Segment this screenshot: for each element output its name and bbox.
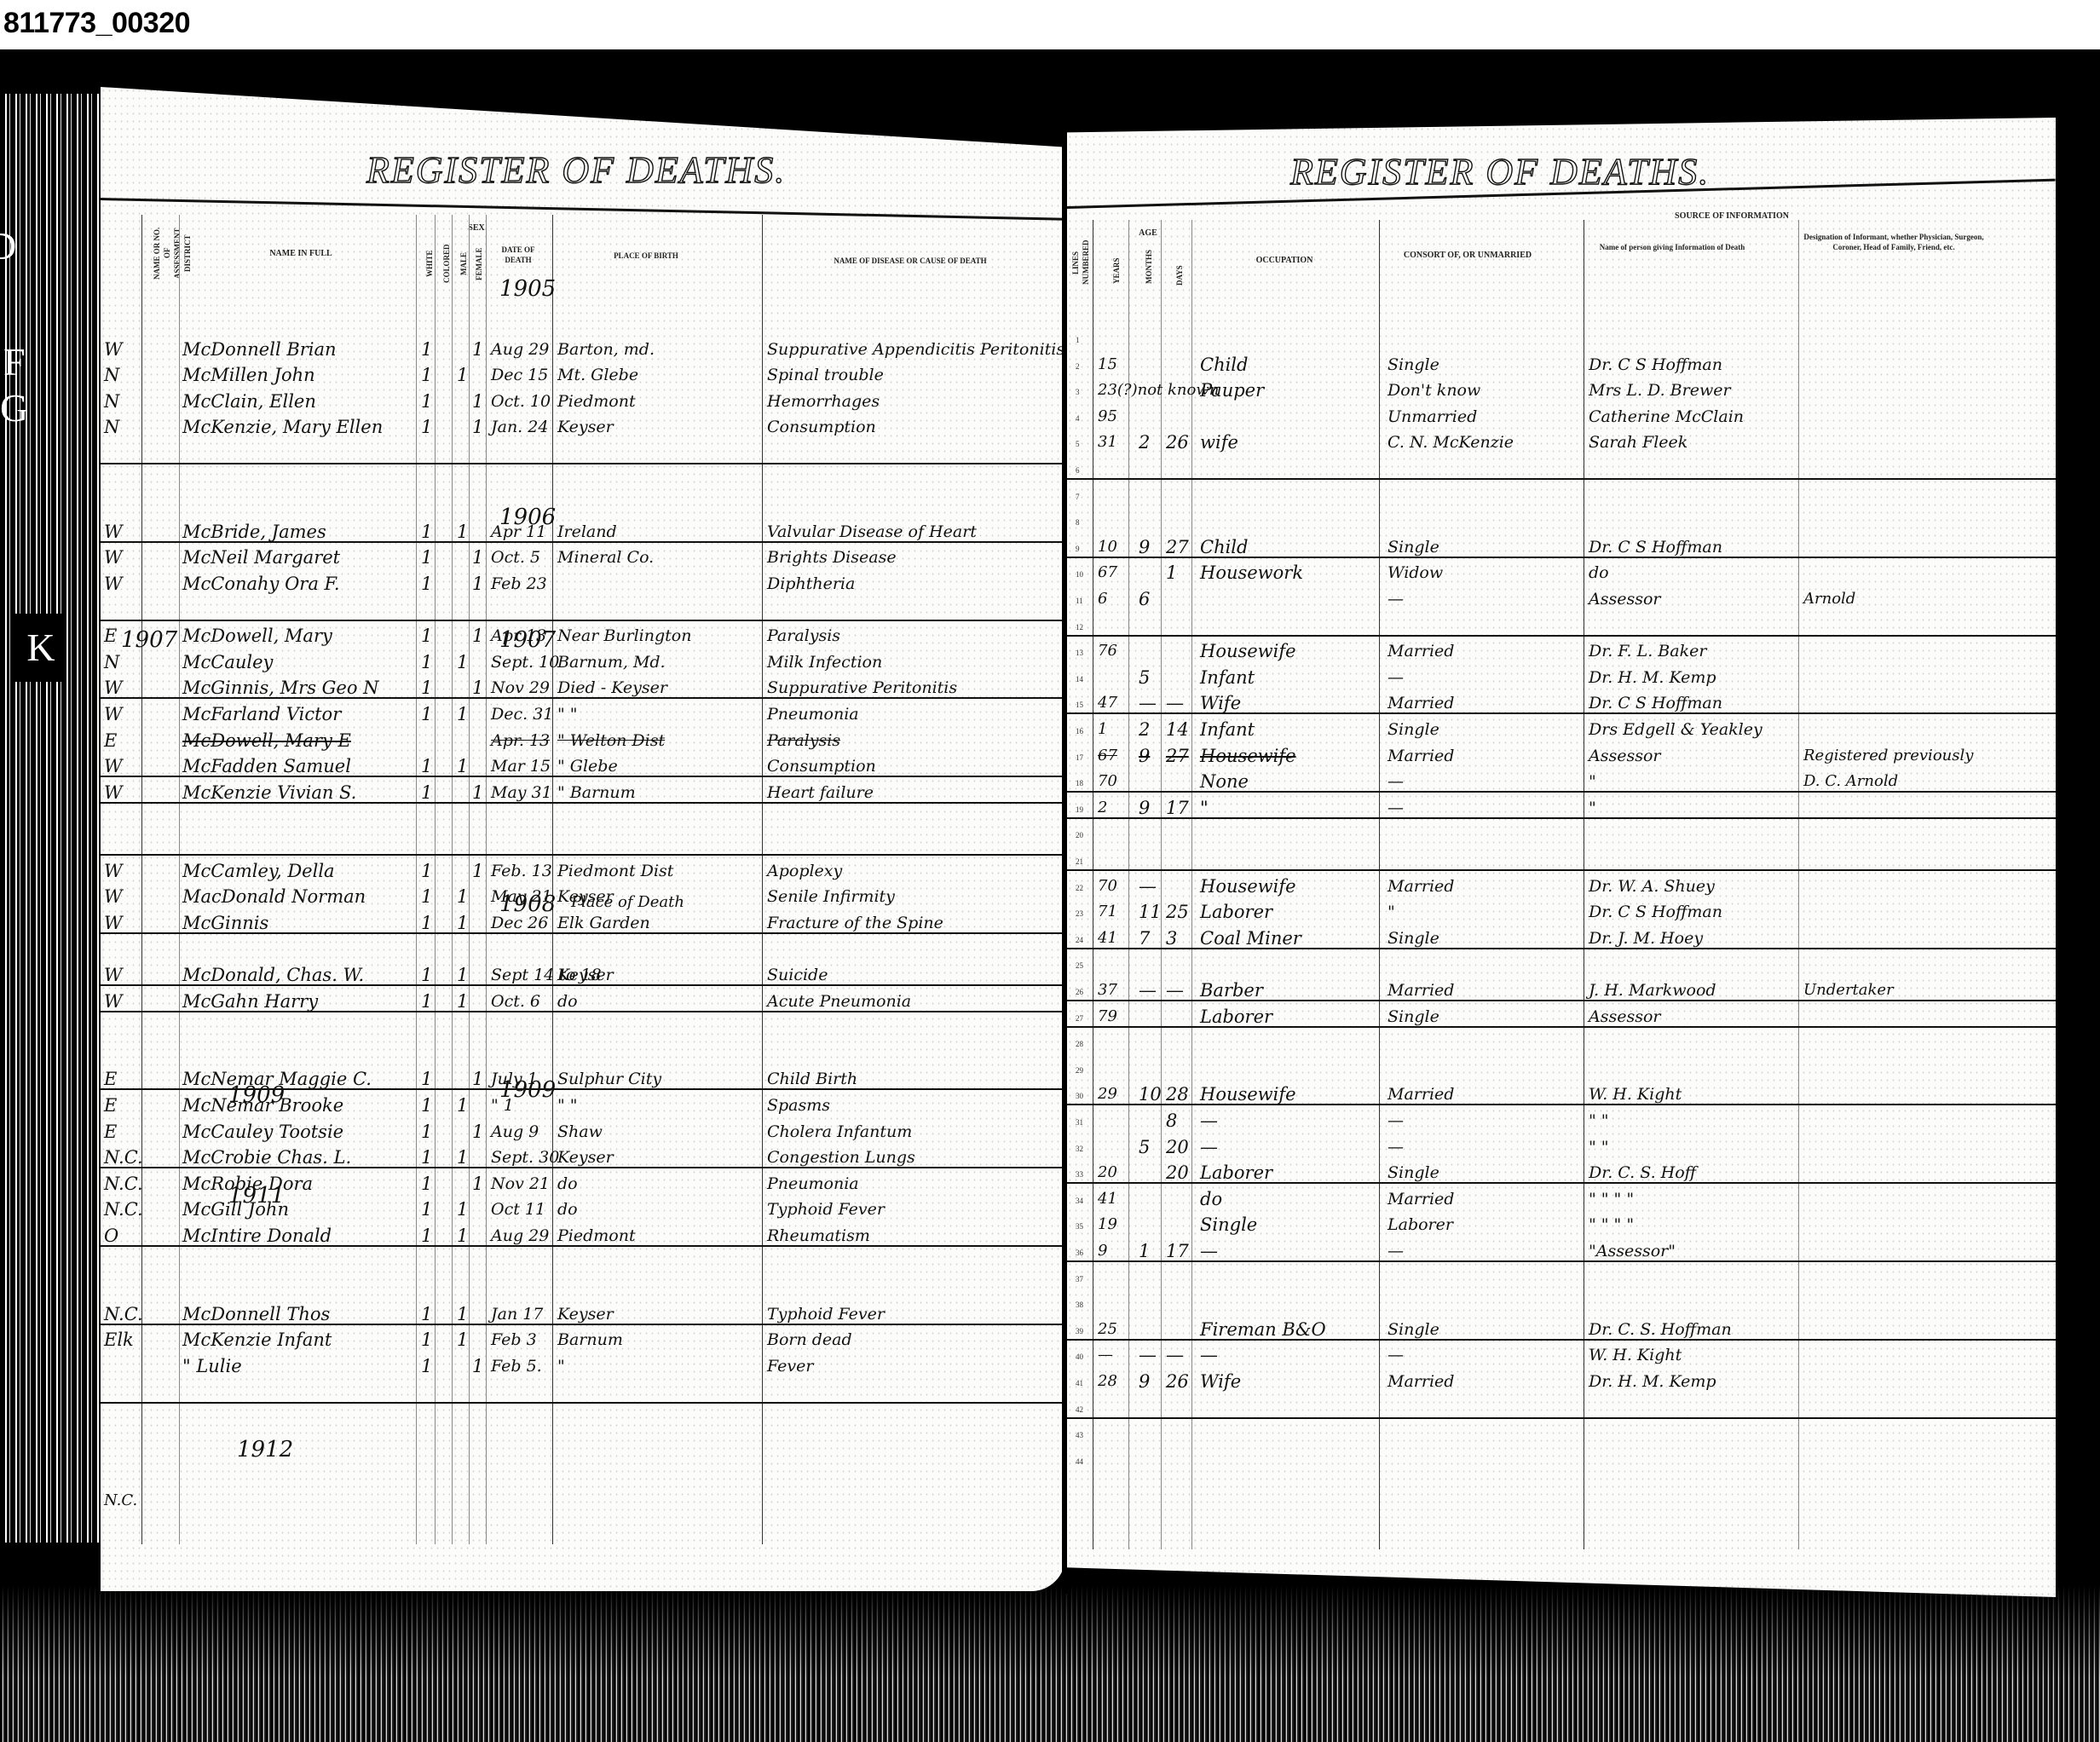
female-cell: 1 — [472, 623, 483, 649]
male-cell: 1 — [457, 884, 468, 909]
age-days-cell: 1 — [1166, 560, 1177, 585]
occupation-cell: Housewife — [1200, 874, 1296, 899]
register-entry-right[interactable]: 711125Laborer"Dr. C S Hoffman — [1067, 899, 2056, 925]
right-page: REGISTER OF DEATHS. LINES NUMBERED AGE Y… — [1067, 118, 2056, 1597]
white-cell: 1 — [421, 362, 432, 388]
register-entry-right[interactable]: 1214InfantSingleDrs Edgell & Yeakley — [1067, 717, 2056, 742]
register-entry-left[interactable]: NMcCauley11Sept. 10Barnum, Md.Milk Infec… — [101, 649, 1064, 675]
register-entry-right[interactable]: 70—HousewifeMarriedDr. W. A. Shuey — [1067, 874, 2056, 899]
line-number: 37 — [1076, 1275, 1083, 1283]
register-entry-right[interactable]: —————W. H. Kight — [1067, 1342, 2056, 1368]
female-cell: 1 — [472, 1353, 483, 1379]
date-cell: May 21 — [491, 884, 552, 909]
register-entry-left[interactable]: ElkMcKenzie Infant11Feb 3BarnumBorn dead — [101, 1327, 1064, 1353]
consort-cell: Married — [1387, 1369, 1454, 1394]
female-cell: 1 — [472, 571, 483, 597]
book-spine — [1062, 111, 1067, 1594]
section-rule — [101, 1245, 1065, 1247]
white-cell: 1 — [421, 545, 432, 570]
date-cell: Jan. 24 — [491, 414, 548, 440]
white-cell: 1 — [421, 649, 432, 675]
disease-cell: Cholera Infantum — [767, 1119, 912, 1145]
date-cell: Feb 23 — [491, 571, 547, 597]
line-number: 21 — [1076, 857, 1083, 866]
line-number: 20 — [1076, 831, 1083, 839]
section-rule — [101, 776, 1065, 777]
birthplace-cell: " " — [557, 1093, 578, 1118]
name-cell: MacDonald Norman — [182, 884, 366, 909]
date-cell: Oct. 5 — [491, 545, 540, 570]
disease-cell: Suppurative Appendicitis Peritonitis — [767, 337, 1064, 362]
left-page-title: REGISTER OF DEATHS. — [366, 148, 786, 192]
district-cell: N.C. — [104, 1171, 143, 1197]
name-cell: McRobie Dora — [182, 1171, 313, 1197]
register-entry-right[interactable]: 19SingleLaborer" " " " — [1067, 1212, 2056, 1237]
consort-cell: Married — [1387, 638, 1454, 664]
date-cell: Aug 29 — [491, 337, 549, 362]
disease-cell: Apoplexy — [767, 858, 842, 884]
year-marker-1912: 1912 — [237, 1437, 293, 1462]
section-rule — [1067, 712, 2056, 714]
age-months-cell: — — [1139, 1342, 1157, 1368]
disease-cell: Spinal trouble — [767, 362, 884, 388]
register-entry-left[interactable]: WMcCamley, Della11Feb. 13Piedmont DistAp… — [101, 858, 1064, 884]
section-rule — [101, 1167, 1065, 1168]
age-years-cell: 31 — [1098, 430, 1117, 455]
birthplace-cell: Mt. Glebe — [557, 362, 638, 388]
consort-cell: — — [1387, 1134, 1404, 1160]
register-entry-right[interactable]: 520——" " — [1067, 1134, 2056, 1160]
informant-cell: Dr. H. M. Kemp — [1589, 1369, 1716, 1394]
birthplace-cell: Piedmont Dist — [557, 858, 673, 884]
age-days-cell: — — [1166, 1342, 1184, 1368]
section-rule — [1067, 869, 2056, 871]
male-cell: 1 — [457, 362, 468, 388]
header-name: NAME IN FULL — [250, 249, 352, 259]
occupation-cell: — — [1200, 1342, 1218, 1368]
header-occupation: OCCUPATION — [1237, 256, 1331, 266]
line-number: 7 — [1076, 493, 1080, 501]
section-rule — [1067, 817, 2056, 819]
district-cell: Elk — [104, 1327, 134, 1353]
header-informant: Name of person giving Information of Dea… — [1587, 242, 1757, 252]
male-cell: 1 — [457, 649, 468, 675]
age-days-cell: 26 — [1166, 430, 1189, 455]
index-tab-k[interactable]: K — [15, 614, 66, 682]
register-entry-right[interactable]: 5Infant—Dr. H. M. Kemp — [1067, 665, 2056, 690]
name-cell: McGill John — [182, 1197, 289, 1222]
line-number: 44 — [1076, 1457, 1083, 1466]
date-cell: Aug 9 — [491, 1119, 539, 1145]
age-months-cell: 6 — [1139, 586, 1150, 612]
white-cell: 1 — [421, 623, 432, 649]
age-months-cell: — — [1139, 874, 1157, 899]
line-number: 42 — [1076, 1405, 1083, 1414]
date-cell: Feb 3 — [491, 1327, 537, 1353]
birthplace-cell: Barnum — [557, 1327, 623, 1353]
white-cell: 1 — [421, 571, 432, 597]
year-marker-1905: 1905 — [499, 276, 556, 302]
age-months-cell: 5 — [1139, 1134, 1150, 1160]
line-number: 28 — [1076, 1040, 1083, 1048]
occupation-cell: Laborer — [1200, 899, 1272, 925]
register-entry-right[interactable]: 41doMarried" " " " — [1067, 1186, 2056, 1212]
header-rule — [101, 198, 1065, 221]
district-cell: W — [104, 545, 123, 570]
register-entry-left[interactable]: EMcDowell, Mary11Apr 13Near BurlingtonPa… — [101, 623, 1064, 649]
occupation-cell: Housework — [1200, 560, 1303, 585]
date-cell: Sept. 10 — [491, 649, 559, 675]
birthplace-cell: do — [557, 1197, 578, 1222]
informant-cell: Dr. C S Hoffman — [1589, 899, 1722, 925]
line-number: 38 — [1076, 1301, 1083, 1309]
occupation-cell: Infant — [1200, 717, 1255, 742]
section-rule — [1067, 635, 2056, 637]
header-days: Days — [1174, 261, 1185, 290]
register-entry-left[interactable]: WMacDonald Norman11May 21KeyserSenile In… — [101, 884, 1064, 909]
name-cell: McConahy Ora F. — [182, 571, 340, 597]
disease-cell: Brights Disease — [767, 545, 897, 570]
age-days-cell: 25 — [1166, 899, 1189, 925]
birthplace-cell: Barnum, Md. — [557, 649, 666, 675]
left-page: REGISTER OF DEATHS. Name or No. of Asses… — [101, 87, 1065, 1591]
white-cell: 1 — [421, 337, 432, 362]
header-date: DATE OF DEATH — [493, 245, 544, 265]
occupation-cell: do — [1200, 1186, 1222, 1212]
age-years-cell: 6 — [1098, 586, 1107, 612]
register-entry-left[interactable]: WMcDonnell Brian11Aug 29Barton, md.Suppu… — [101, 337, 1064, 362]
register-entry-left[interactable]: NMcMillen John11Dec 15Mt. GlebeSpinal tr… — [101, 362, 1064, 388]
birthplace-cell: Piedmont — [557, 389, 636, 414]
consort-cell: Married — [1387, 1186, 1454, 1212]
female-cell: 1 — [472, 337, 483, 362]
register-entry-right[interactable]: 8——" " — [1067, 1108, 2056, 1133]
date-cell: Dec. 31 — [491, 701, 553, 727]
section-rule — [101, 541, 1065, 543]
section-rule — [101, 932, 1065, 934]
white-cell: 1 — [421, 1093, 432, 1118]
occupation-cell: Child — [1200, 352, 1248, 378]
name-cell: McDowell, Mary E — [182, 728, 351, 753]
white-cell: 1 — [421, 701, 432, 727]
section-rule — [101, 697, 1065, 699]
white-cell: 1 — [421, 884, 432, 909]
section-rule — [1067, 948, 2056, 949]
occupation-cell: Housewife — [1200, 638, 1296, 664]
register-entry-right[interactable]: 66—AssessorArnold — [1067, 586, 2056, 612]
section-rule — [1067, 1000, 2056, 1001]
informant-cell: Dr. W. A. Shuey — [1589, 874, 1715, 899]
informant-cell: Catherine McClain — [1589, 404, 1744, 430]
disease-cell: Paralysis — [767, 623, 840, 649]
header-consort: CONSORT OF, OR UNMARRIED — [1387, 251, 1549, 261]
name-cell: McDowell, Mary — [182, 623, 332, 649]
district-cell: E — [104, 1119, 117, 1145]
district-cell: W — [104, 337, 123, 362]
district-cell: N — [104, 649, 119, 675]
consort-cell: Widow — [1387, 560, 1443, 585]
informant-cell: do — [1589, 560, 1609, 585]
occupation-cell: wife — [1200, 430, 1238, 455]
name-cell: McClain, Ellen — [182, 389, 316, 414]
age-years-cell: 1 — [1098, 717, 1107, 742]
male-cell: 1 — [457, 701, 468, 727]
age-days-cell: 20 — [1166, 1134, 1189, 1160]
register-entry-left[interactable]: WMcFarland Victor11Dec. 31" "Pneumonia — [101, 701, 1064, 727]
register-entry-right[interactable]: 671HouseworkWidowdo — [1067, 560, 2056, 585]
district-cell: N — [104, 389, 119, 414]
header-colored: Colored — [441, 245, 452, 283]
section-rule — [101, 1011, 1065, 1012]
age-days-cell: 27 — [1166, 743, 1189, 769]
age-years-cell: 19 — [1098, 1212, 1117, 1237]
register-entry-right[interactable]: 95UnmarriedCatherine McClain — [1067, 404, 2056, 430]
date-cell: Feb. 13 — [491, 858, 552, 884]
register-entry-left[interactable]: " Lulie11Feb 5."Fever — [101, 1353, 1064, 1379]
occupation-cell: Pauper — [1200, 378, 1264, 403]
district-cell: E — [104, 728, 117, 753]
white-cell: 1 — [421, 1353, 432, 1379]
occupation-cell: Housewife — [1200, 743, 1296, 769]
district-cell: W — [104, 571, 123, 597]
line-number: 12 — [1076, 623, 1083, 632]
register-entry-right[interactable]: 31226wifeC. N. McKenzieSarah Fleek — [1067, 430, 2056, 455]
index-tab-g[interactable]: G — [0, 385, 28, 430]
birthplace-cell: Shaw — [557, 1119, 603, 1145]
section-rule — [1067, 478, 2056, 480]
white-cell: 1 — [421, 1327, 432, 1353]
disease-cell: Born dead — [767, 1327, 852, 1353]
consort-cell: C. N. McKenzie — [1387, 430, 1514, 455]
disease-cell: Pneumonia — [767, 1171, 859, 1197]
header-years: Years — [1111, 254, 1122, 288]
informant-cell: " " " " — [1589, 1186, 1634, 1212]
right-page-title: REGISTER OF DEATHS. — [1290, 150, 1710, 193]
section-rule — [1067, 1182, 2056, 1184]
female-cell: 1 — [472, 1171, 483, 1197]
consort-cell: — — [1387, 1342, 1404, 1368]
informant-cell: " " " " — [1589, 1212, 1634, 1237]
age-years-cell: 76 — [1098, 638, 1117, 664]
occupation-cell: Single — [1200, 1212, 1257, 1237]
section-rule — [101, 854, 1065, 856]
female-cell: 1 — [472, 389, 483, 414]
header-district: Name or No. of Assessment District — [152, 223, 179, 283]
district-cell: W — [104, 858, 123, 884]
age-years-cell: 67 — [1098, 743, 1117, 769]
index-tab-d[interactable]: D — [0, 223, 16, 268]
disease-cell: Senile Infirmity — [767, 884, 895, 909]
occupation-cell: — — [1200, 1108, 1218, 1133]
index-tab-f[interactable]: F — [3, 339, 26, 384]
line-number: 1 — [1076, 336, 1080, 344]
section-rule — [101, 1088, 1065, 1090]
name-cell: McNemar Brooke — [182, 1093, 343, 1118]
section-rule — [1067, 1104, 2056, 1105]
birthplace-cell: Near Burlington — [557, 623, 691, 649]
header-female: Female — [474, 245, 484, 283]
disease-cell: Consumption — [767, 414, 876, 440]
disease-cell: Fever — [767, 1353, 813, 1379]
section-rule — [101, 802, 1065, 804]
disease-cell: Pneumonia — [767, 701, 859, 727]
age-months-cell: 9 — [1139, 743, 1150, 769]
date-cell: Apr. 13 — [491, 728, 550, 753]
age-years-cell: 71 — [1098, 899, 1117, 925]
white-cell: 1 — [421, 858, 432, 884]
male-cell: 1 — [457, 1093, 468, 1118]
register-entry-right[interactable]: 23(?)not knownPauperDon't knowMrs L. D. … — [1067, 378, 2056, 403]
female-cell: 1 — [472, 858, 483, 884]
section-rule — [101, 984, 1065, 986]
date-cell: Apr 13 — [491, 623, 546, 649]
date-cell: Feb 5. — [491, 1353, 542, 1379]
section-rule — [101, 1324, 1065, 1325]
line-number: 25 — [1076, 961, 1083, 970]
age-years-cell: — — [1098, 1342, 1113, 1368]
section-rule — [1067, 1417, 2056, 1419]
section-rule — [101, 1402, 1065, 1404]
book-page-edges — [0, 94, 102, 1543]
line-number: 43 — [1076, 1431, 1083, 1439]
section-rule — [1067, 791, 2056, 793]
section-rule — [101, 463, 1065, 464]
section-rule — [1067, 557, 2056, 558]
name-cell: McKenzie, Mary Ellen — [182, 414, 383, 440]
informant-cell: Assessor — [1589, 586, 1661, 612]
date-cell: Dec 15 — [491, 362, 548, 388]
informant-cell: Dr. H. M. Kemp — [1589, 665, 1716, 690]
name-cell: McNeil Margaret — [182, 545, 340, 570]
birthplace-cell: Keyser — [557, 884, 614, 909]
age-days-cell: 14 — [1166, 717, 1189, 742]
register-entry-left[interactable]: N.C.McRobie Dora11Nov 21doPneumonia — [101, 1171, 1064, 1197]
disease-cell: Spasms — [767, 1093, 830, 1118]
date-cell: Oct 11 — [491, 1197, 545, 1222]
register-entry-left[interactable]: NMcKenzie, Mary Ellen11Jan. 24KeyserCons… — [101, 414, 1064, 440]
register-entry-left[interactable]: WMcConahy Ora F.11Feb 23Diphtheria — [101, 571, 1064, 597]
informant-cell: " " — [1589, 1108, 1609, 1133]
register-entry-left[interactable]: N.C.McGill John11Oct 11doTyphoid Fever — [101, 1197, 1064, 1222]
consort-cell: Married — [1387, 743, 1454, 769]
consort-cell: Don't know — [1387, 378, 1480, 403]
consort-cell: Laborer — [1387, 1212, 1453, 1237]
birthplace-cell: " — [557, 1353, 565, 1379]
informant-cell: Drs Edgell & Yeakley — [1589, 717, 1762, 742]
disease-cell: Hemorrhages — [767, 389, 880, 414]
informant-cell: Sarah Fleek — [1589, 430, 1687, 455]
birthplace-cell: " Welton Dist — [557, 728, 665, 753]
occupation-cell: — — [1200, 1134, 1218, 1160]
name-cell: McMillen John — [182, 362, 315, 388]
consort-cell: — — [1387, 1108, 1404, 1133]
name-cell: McCauley — [182, 649, 273, 675]
trailing-district-mark: N.C. — [104, 1491, 137, 1509]
age-years-cell: 95 — [1098, 404, 1117, 430]
register-entry-left[interactable]: EMcCauley Tootsie11Aug 9ShawCholera Infa… — [101, 1119, 1064, 1145]
header-white: White — [424, 245, 435, 283]
line-number: 29 — [1076, 1066, 1083, 1075]
consort-cell: Single — [1387, 352, 1439, 378]
name-cell: " Lulie — [182, 1353, 242, 1379]
white-cell: 1 — [421, 414, 432, 440]
age-years-cell: 41 — [1098, 1186, 1117, 1212]
section-rule — [1067, 1026, 2056, 1028]
register-entry-left[interactable]: WMcNeil Margaret11Oct. 5Mineral Co.Brigh… — [101, 545, 1064, 570]
register-entry-right[interactable]: 67927HousewifeMarriedAssessorRegistered … — [1067, 743, 2056, 769]
age-months-cell: 9 — [1139, 1369, 1150, 1394]
consort-cell: Married — [1387, 874, 1454, 899]
informant-cell: " " — [1589, 1134, 1609, 1160]
male-cell: 1 — [457, 1327, 468, 1353]
name-cell: McFarland Victor — [182, 701, 341, 727]
disease-cell: Paralysis — [767, 728, 840, 753]
district-cell: N — [104, 414, 119, 440]
informant-cell: Dr. C S Hoffman — [1589, 352, 1722, 378]
district-cell: N — [104, 362, 119, 388]
section-rule — [101, 620, 1065, 621]
designation-cell: Arnold — [1803, 586, 1855, 612]
register-entry-right[interactable]: 76HousewifeMarriedDr. F. L. Baker — [1067, 638, 2056, 664]
birthplace-cell: Barton, md. — [557, 337, 655, 362]
white-cell: 1 — [421, 1197, 432, 1222]
disease-cell: Milk Infection — [767, 649, 882, 675]
header-age: AGE — [1135, 228, 1161, 239]
birthplace-cell: Keyser — [557, 414, 614, 440]
white-cell: 1 — [421, 389, 432, 414]
section-rule — [1067, 1339, 2056, 1341]
register-entry-left[interactable]: EMcNemar Brooke11" 1" "Spasms — [101, 1093, 1064, 1118]
header-male: Male — [459, 245, 469, 283]
age-months-cell: 2 — [1139, 430, 1150, 455]
scan-floor-shadow — [0, 1585, 2100, 1679]
header-disease: NAME OF DISEASE OR CAUSE OF DEATH — [799, 256, 1021, 266]
date-cell: Oct. 10 — [491, 389, 551, 414]
white-cell: 1 — [421, 1171, 432, 1197]
female-cell: 1 — [472, 1119, 483, 1145]
line-number: 8 — [1076, 518, 1080, 527]
district-cell: E — [104, 623, 117, 649]
birthplace-cell: " " — [557, 701, 578, 727]
date-cell: Nov 21 — [491, 1171, 550, 1197]
register-entry-right[interactable]: 28926WifeMarriedDr. H. M. Kemp — [1067, 1369, 2056, 1394]
female-cell: 1 — [472, 545, 483, 570]
occupation-cell: Wife — [1200, 1369, 1241, 1394]
age-days-cell: 26 — [1166, 1369, 1189, 1394]
name-cell: McKenzie Infant — [182, 1327, 332, 1353]
district-cell: W — [104, 884, 123, 909]
header-source-of-information: SOURCE OF INFORMATION — [1621, 211, 1843, 222]
designation-cell: Registered previously — [1803, 743, 1973, 769]
occupation-cell: Infant — [1200, 665, 1255, 690]
consort-cell: — — [1387, 665, 1404, 690]
age-years-cell: 70 — [1098, 874, 1117, 899]
register-entry-left[interactable]: EMcDowell, Mary EApr. 13" Welton DistPar… — [101, 728, 1064, 753]
birthplace-cell: do — [557, 1171, 578, 1197]
consort-cell: " — [1387, 899, 1395, 925]
section-rule — [1067, 1260, 2056, 1262]
age-months-cell: 5 — [1139, 665, 1150, 690]
register-entry-left[interactable]: NMcClain, Ellen11Oct. 10PiedmontHemorrha… — [101, 389, 1064, 414]
header-lines-numbered: LINES NUMBERED — [1070, 237, 1089, 288]
consort-cell: Single — [1387, 717, 1439, 742]
district-cell: E — [104, 1093, 117, 1118]
register-entry-right[interactable]: 15ChildSingleDr. C S Hoffman — [1067, 352, 2056, 378]
informant-cell: Assessor — [1589, 743, 1661, 769]
age-months-cell: 11 — [1139, 899, 1162, 925]
district-cell: N.C. — [104, 1197, 143, 1222]
name-cell: McCamley, Della — [182, 858, 335, 884]
